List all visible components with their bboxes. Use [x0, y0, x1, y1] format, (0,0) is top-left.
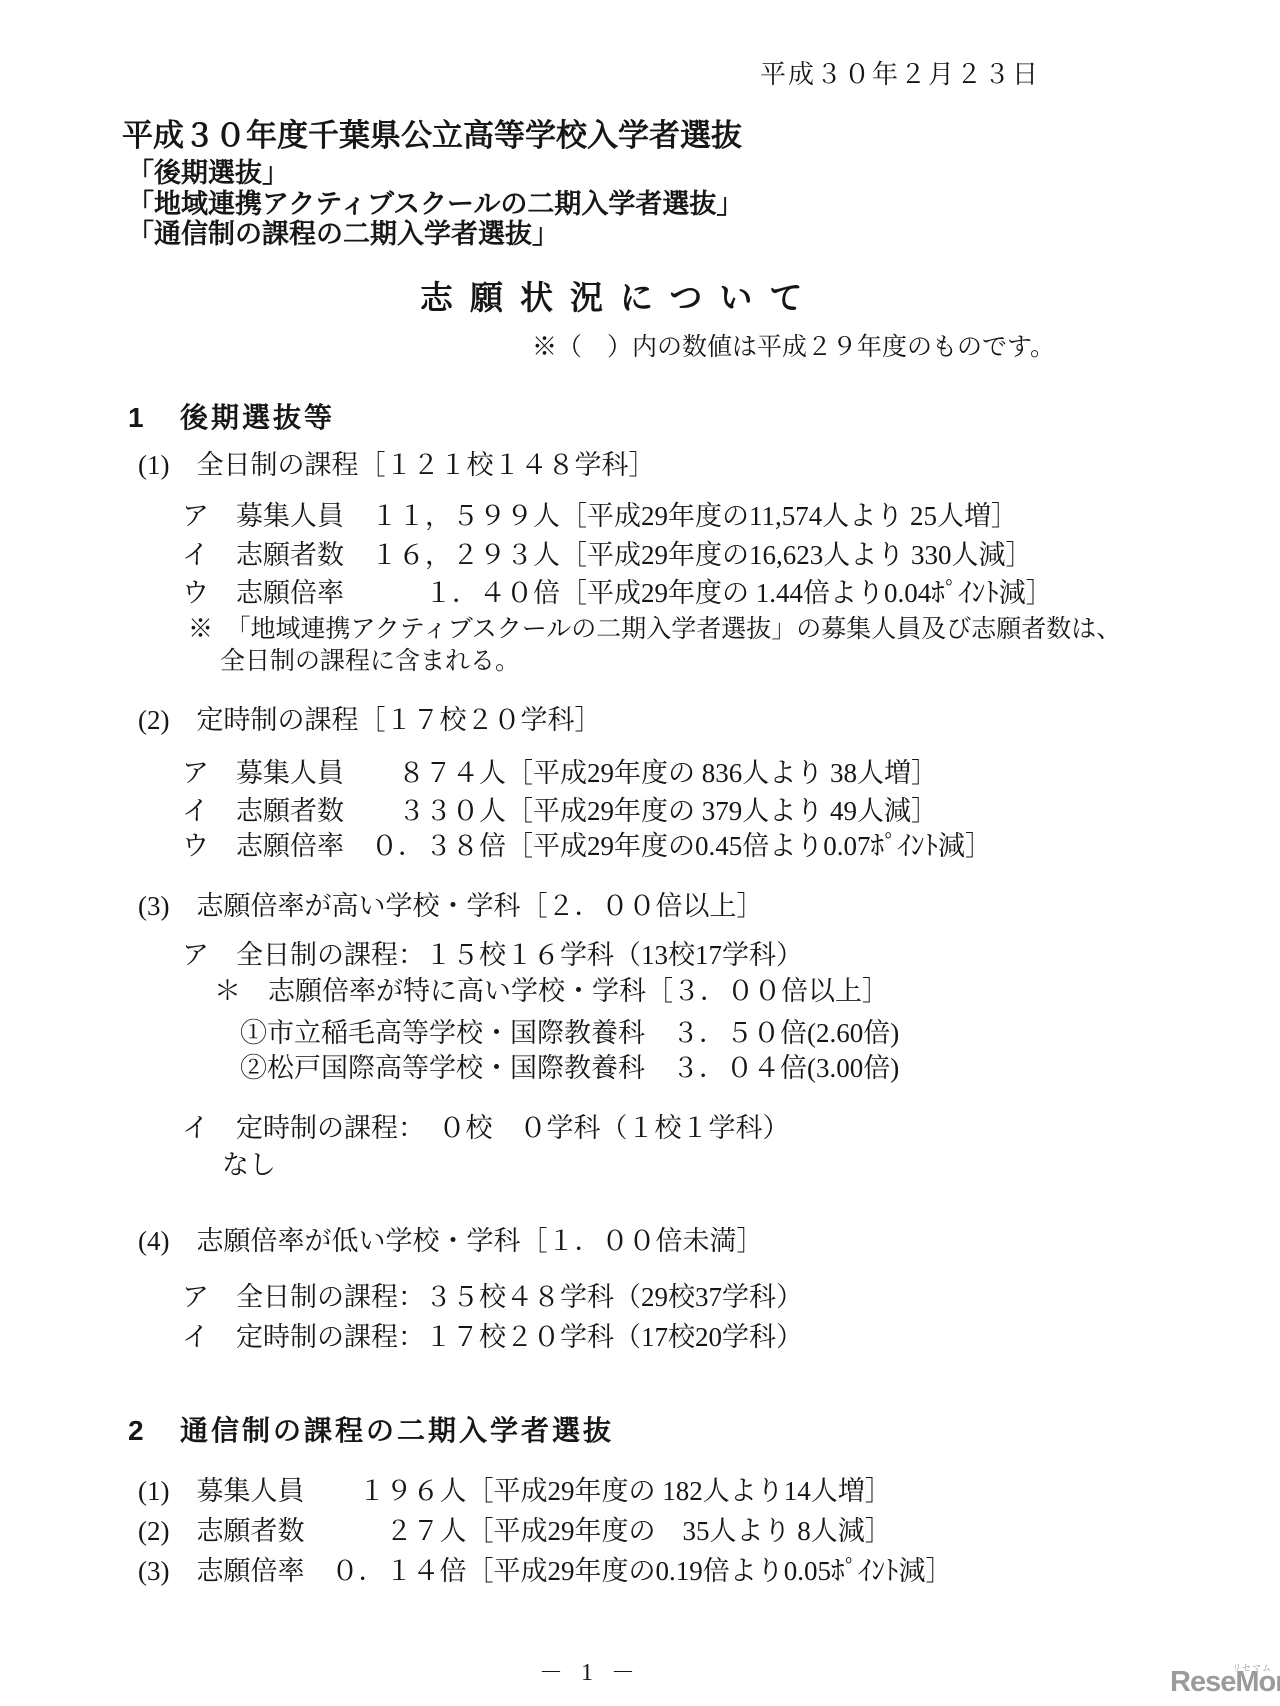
document-subtitle-tsushin: 「通信制の課程の二期入学者選抜」: [127, 219, 559, 250]
document-subtitle-active-school: 「地域連携アクティブスクールの二期入学者選抜」: [127, 189, 743, 220]
row-1-2-shigansha-su: イ 志願者数 ３３０人［平成29年度の 379人より 49人減］: [182, 796, 938, 827]
row-1-3-school-matsudo: ②松戸国際高等学校・国際教養科 ３．０４倍(3.00倍): [240, 1053, 899, 1084]
row-1-3-school-inage: ①市立稲毛高等学校・国際教養科 ３．５０倍(2.60倍): [240, 1018, 899, 1049]
item-1-1-heading-zennichisei: (1) 全日制の課程［１２１校１４８学科］: [138, 450, 655, 481]
section1-number: 1: [128, 402, 180, 434]
section2-title: 通信制の課程の二期入学者選抜: [180, 1415, 614, 1446]
row-1-3-none: なし: [222, 1150, 276, 1181]
resemom-ruby-label: リセマム: [1232, 1661, 1272, 1674]
row-1-1-shigansha-su: イ 志願者数 １６，２９３人［平成29年度の16,623人より 330人減］: [182, 540, 1033, 571]
section2-heading: 2通信制の課程の二期入学者選抜: [128, 1415, 614, 1447]
row-1-4-teijisei: イ 定時制の課程：１７校２０学科（17校20学科）: [182, 1322, 803, 1353]
row-1-3-zennichisei: ア 全日制の課程：１５校１６学科（13校17学科）: [182, 940, 803, 971]
item-1-4-heading-low-ratio: (4) 志願倍率が低い学校・学科［１．００倍未満］: [138, 1226, 763, 1257]
note-heisei29-values: ※（ ）内の数値は平成２９年度のものです。: [532, 334, 1055, 363]
row-1-4-zennichisei: ア 全日制の課程：３５校４８学科（29校37学科）: [182, 1282, 803, 1313]
row-2-boshu-jinin: (1) 募集人員 １９６人［平成29年度の 182人より14人増］: [138, 1476, 892, 1507]
row-1-2-shigan-bairitsu: ウ 志願倍率 ０．３８倍［平成29年度の0.45倍より0.07ﾎﾟｲﾝﾄ減］: [182, 831, 992, 862]
row-1-3-teijisei: イ 定時制の課程： ０校 ０学科（１校１学科）: [182, 1113, 790, 1144]
row-2-shigan-bairitsu: (3) 志願倍率 ０．１４倍［平成29年度の0.19倍より0.05ﾎﾟｲﾝﾄ減］: [138, 1556, 952, 1587]
row-1-1-boshu-jinin: ア 募集人員 １１，５９９人［平成29年度の11,574人より 25人増］: [182, 501, 1018, 532]
resemom-watermark: リセマム ReseMom.: [1170, 1666, 1280, 1702]
item-1-3-heading-high-ratio: (3) 志願倍率が高い学校・学科［２．００倍以上］: [138, 891, 763, 922]
note-1-1-line2: 全日制の課程に含まれる。: [220, 648, 520, 677]
row-1-3-especially-high: ＊ 志願倍率が特に高い学校・学科［３．００倍以上］: [214, 976, 889, 1007]
note-1-1-line1: ※ 「地域連携アクティブスクールの二期入学者選抜」の募集人員及び志願者数は、: [188, 616, 1121, 645]
section1-heading: 1後期選抜等: [128, 402, 335, 434]
main-title: 志願状況について: [420, 281, 819, 319]
row-2-shigansha-su: (2) 志願者数 ２７人［平成29年度の 35人より 8人減］: [138, 1516, 892, 1547]
section1-title: 後期選抜等: [180, 402, 335, 433]
item-1-2-heading-teijisei: (2) 定時制の課程［１７校２０学科］: [138, 705, 601, 736]
row-1-2-boshu-jinin: ア 募集人員 ８７４人［平成29年度の 836人より 38人増］: [182, 758, 938, 789]
document-subtitle-kouki: 「後期選抜」: [127, 158, 289, 189]
document-date: 平成３０年２月２３日: [760, 60, 1040, 90]
document-page: 平成３０年２月２３日 平成３０年度千葉県公立高等学校入学者選抜 「後期選抜」 「…: [0, 0, 1280, 1706]
row-1-1-shigan-bairitsu: ウ 志願倍率 １．４０倍［平成29年度の 1.44倍より0.04ﾎﾟｲﾝﾄ減］: [182, 578, 1053, 609]
document-title: 平成３０年度千葉県公立高等学校入学者選抜: [122, 118, 742, 154]
section2-number: 2: [128, 1415, 180, 1447]
page-number: － 1 －: [115, 1660, 1065, 1688]
